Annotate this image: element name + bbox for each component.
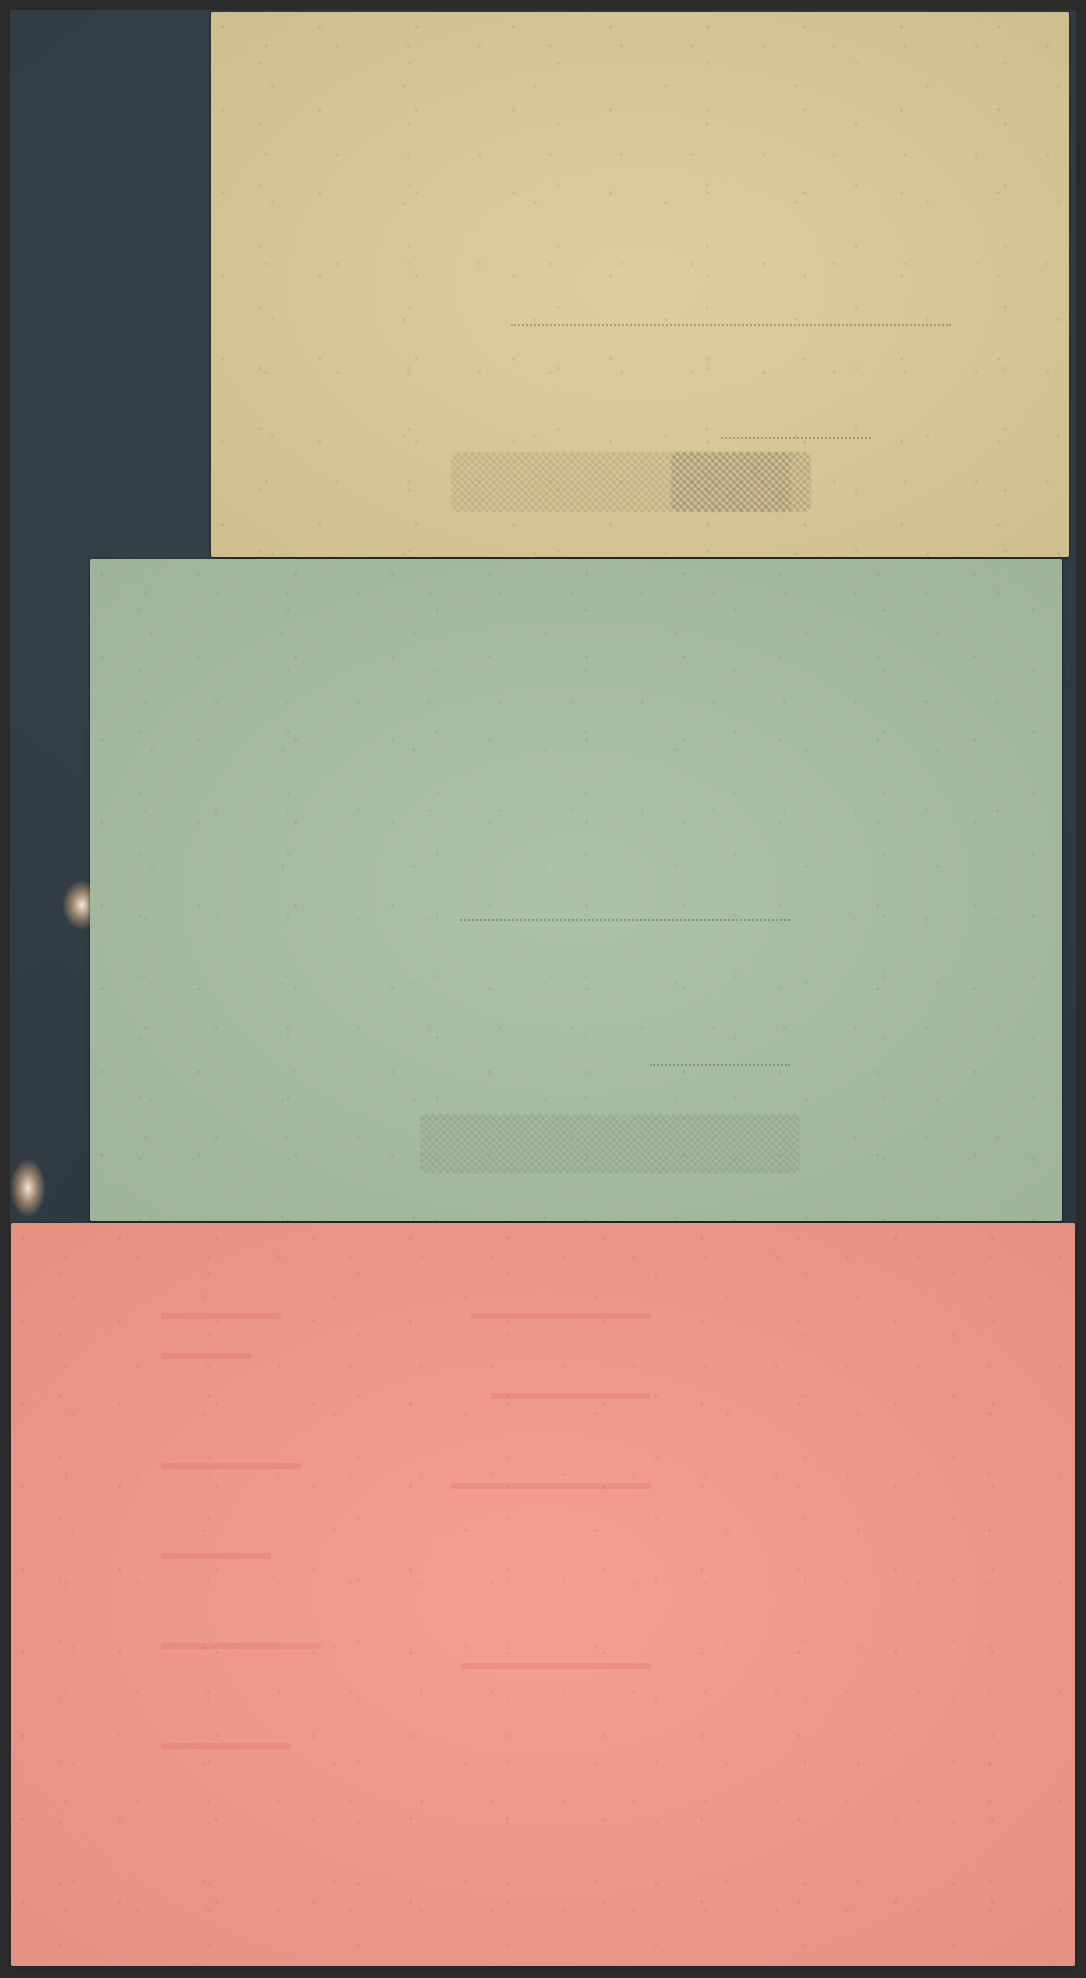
reverse-text-showthrough <box>161 1553 271 1559</box>
guilloche-panel-showthrough <box>420 1114 800 1174</box>
card-shading <box>11 1223 1075 1966</box>
guilloche-panel-showthrough-dark <box>671 452 811 512</box>
reverse-text-showthrough <box>461 1663 651 1669</box>
address-line-showthrough <box>650 1064 790 1066</box>
tan-postal-card <box>211 12 1069 557</box>
address-line-showthrough <box>460 919 790 921</box>
reverse-text-showthrough <box>451 1483 651 1489</box>
address-line-showthrough <box>721 437 871 439</box>
green-postal-card <box>90 559 1062 1221</box>
reverse-text-showthrough <box>161 1643 321 1649</box>
reverse-text-showthrough <box>161 1743 291 1749</box>
pink-postal-card <box>11 1223 1075 1966</box>
reverse-text-showthrough <box>161 1313 281 1319</box>
reverse-text-showthrough <box>161 1353 251 1359</box>
light-glare-lower <box>10 1158 46 1218</box>
reverse-text-showthrough <box>161 1463 301 1469</box>
reverse-text-showthrough <box>471 1313 651 1319</box>
address-line-showthrough <box>511 324 951 326</box>
reverse-text-showthrough <box>491 1393 651 1399</box>
